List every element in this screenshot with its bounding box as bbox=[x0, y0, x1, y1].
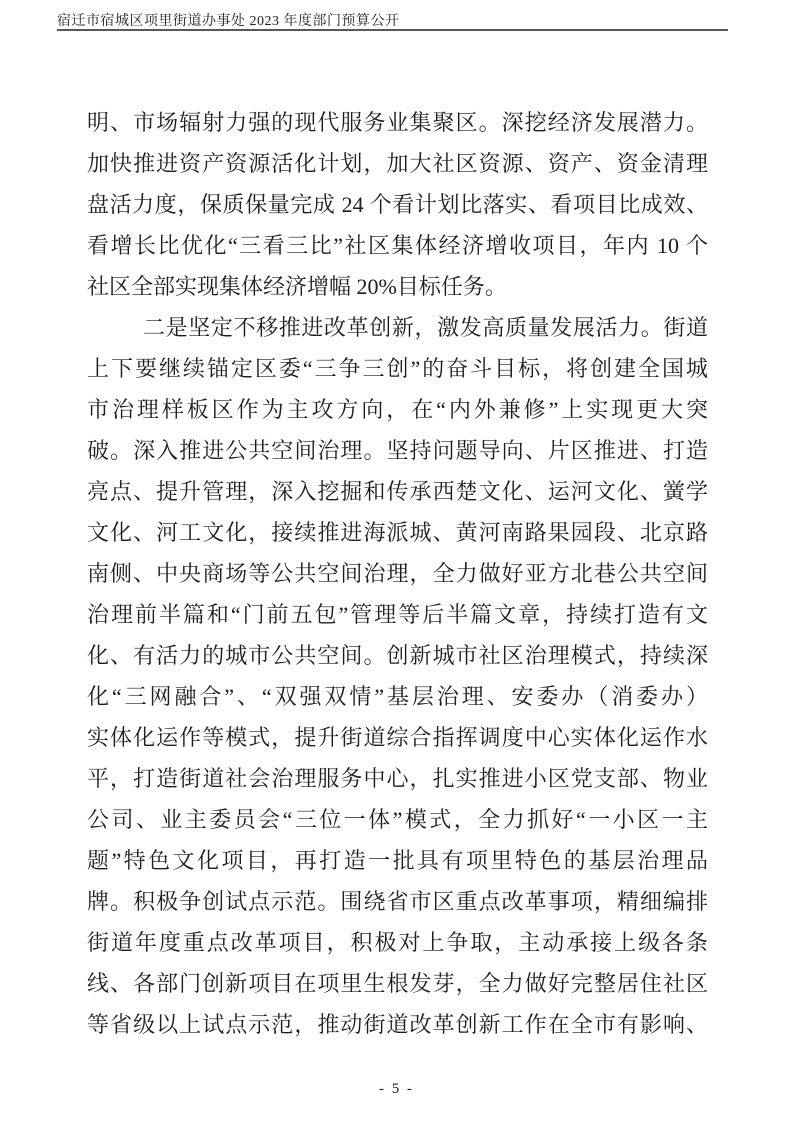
body-line: 破。深入推进公共空间治理。坚持问题导向、片区推进、打造 bbox=[87, 430, 708, 471]
body-line: 加快推进资产资源活化计划，加大社区资源、资产、资金清理 bbox=[87, 143, 708, 184]
body-line: 公司、业主委员会“三位一体”模式，全力抓好“一小区一主 bbox=[87, 799, 708, 840]
body-line: 文化、河工文化，接续推进海派城、黄河南路果园段、北京路 bbox=[87, 512, 708, 553]
header-divider-rule bbox=[57, 29, 728, 31]
body-line: 盘活力度，保质保量完成 24 个看计划比落实、看项目比成效、 bbox=[87, 184, 708, 225]
body-line: 牌。积极争创试点示范。围绕省市区重点改革事项，精细编排 bbox=[87, 881, 708, 922]
body-line: 南侧、中央商场等公共空间治理，全力做好亚方北巷公共空间 bbox=[87, 553, 708, 594]
page-header-title: 宿迁市宿城区项里街道办事处 2023 年度部门预算公开 bbox=[57, 10, 400, 30]
body-line: 线、各部门创新项目在项里生根发芽，全力做好完整居住社区 bbox=[87, 963, 708, 1004]
body-line-paragraph-start: 二是坚定不移推进改革创新，激发高质量发展活力。街道 bbox=[87, 307, 708, 348]
body-line: 化、有活力的城市公共空间。创新城市社区治理模式，持续深 bbox=[87, 635, 708, 676]
body-line: 治理前半篇和“门前五包”管理等后半篇文章，持续打造有文 bbox=[87, 594, 708, 635]
body-line: 街道年度重点改革项目，积极对上争取，主动承接上级各条 bbox=[87, 922, 708, 963]
body-line: 实体化运作等模式，提升街道综合指挥调度中心实体化运作水 bbox=[87, 717, 708, 758]
body-line: 平，打造街道社会治理服务中心，扎实推进小区党支部、物业 bbox=[87, 758, 708, 799]
body-line-paragraph-end: 社区全部实现集体经济增幅 20%目标任务。 bbox=[87, 266, 708, 307]
body-line: 上下要继续锚定区委“三争三创”的奋斗目标，将创建全国城 bbox=[87, 348, 708, 389]
page-number: - 5 - bbox=[0, 1081, 793, 1098]
body-line: 看增长比优化“三看三比”社区集体经济增收项目，年内 10 个 bbox=[87, 225, 708, 266]
body-line: 明、市场辐射力强的现代服务业集聚区。深挖经济发展潜力。 bbox=[87, 102, 708, 143]
body-line: 化“三网融合”、“双强双情”基层治理、安委办（消委办） bbox=[87, 676, 708, 717]
body-line: 等省级以上试点示范，推动街道改革创新工作在全市有影响、 bbox=[87, 1004, 708, 1045]
document-page: { "header": { "title": "宿迁市宿城区项里街道办事处 20… bbox=[0, 0, 793, 1122]
body-line: 市治理样板区作为主攻方向，在“内外兼修”上实现更大突 bbox=[87, 389, 708, 430]
body-line: 题”特色文化项目，再打造一批具有项里特色的基层治理品 bbox=[87, 840, 708, 881]
body-line: 亮点、提升管理，深入挖掘和传承西楚文化、运河文化、黉学 bbox=[87, 471, 708, 512]
document-body: 明、市场辐射力强的现代服务业集聚区。深挖经济发展潜力。 加快推进资产资源活化计划… bbox=[87, 102, 708, 1045]
